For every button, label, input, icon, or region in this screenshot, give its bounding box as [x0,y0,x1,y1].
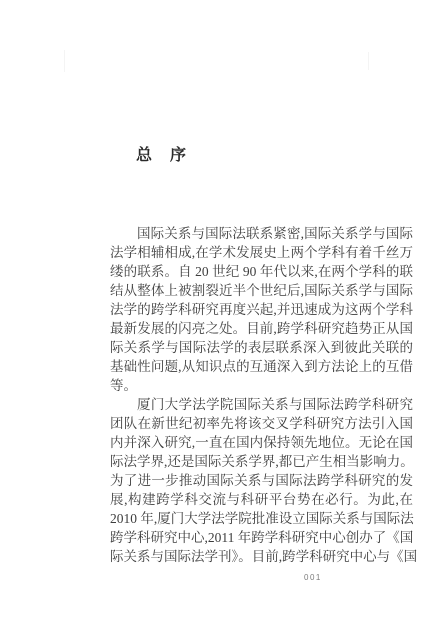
body-text: 国际关系与国际法联系紧密,国际关系学与国际法学相辅相成,在学术发展史上两个学科有… [110,224,413,566]
text-line: 等。 [110,376,413,395]
text-line: 2010 年,厦门大学法学院批准设立国际关系与国际法 [110,509,413,528]
text-line: 团队在新世纪初率先将该交叉学科研究方法引入国 [110,414,413,433]
text-line: 跨学科研究中心,2011 年跨学科研究中心创办了《国 [110,528,413,547]
text-line: 内并深入研究,一直在国内保持领先地位。无论在国 [110,433,413,452]
text-line: 展,构建跨学科交流与科研平台势在必行。为此,在 [110,490,413,509]
text-line: 法学的跨学科研究再度兴起,并迅速成为这两个学科 [110,300,413,319]
scan-artifact-right [368,52,369,70]
text-line: 际法学界,还是国际关系学界,都已产生相当影响力。 [110,452,413,471]
text-line: 国际关系与国际法联系紧密,国际关系学与国际 [110,224,413,243]
text-line: 最新发展的闪亮之处。目前,跨学科研究趋势正从国 [110,319,413,338]
page-title: 总 序 [136,147,187,165]
text-line: 为了进一步推动国际关系与国际法跨学科研究的发 [110,471,413,490]
text-line: 结从整体上被割裂近半个世纪后,国际关系学与国际 [110,281,413,300]
text-line: 厦门大学法学院国际关系与国际法跨学科研究 [110,395,413,414]
book-page: 总 序 国际关系与国际法联系紧密,国际关系学与国际法学相辅相成,在学术发展史上两… [0,0,434,641]
page-number: 001 [304,573,322,582]
text-line: 法学相辅相成,在学术发展史上两个学科有着千丝万 [110,243,413,262]
scan-artifact-left [64,50,65,72]
text-line: 缕的联系。自 20 世纪 90 年代以来,在两个学科的联 [110,262,413,281]
text-line: 基础性问题,从知识点的互通深入到方法论上的互借 [110,357,413,376]
text-line: 际关系学与国际法学的表层联系深入到彼此关联的 [110,338,413,357]
text-line: 际关系与国际法学刊》。目前,跨学科研究中心与《国 [110,547,413,566]
